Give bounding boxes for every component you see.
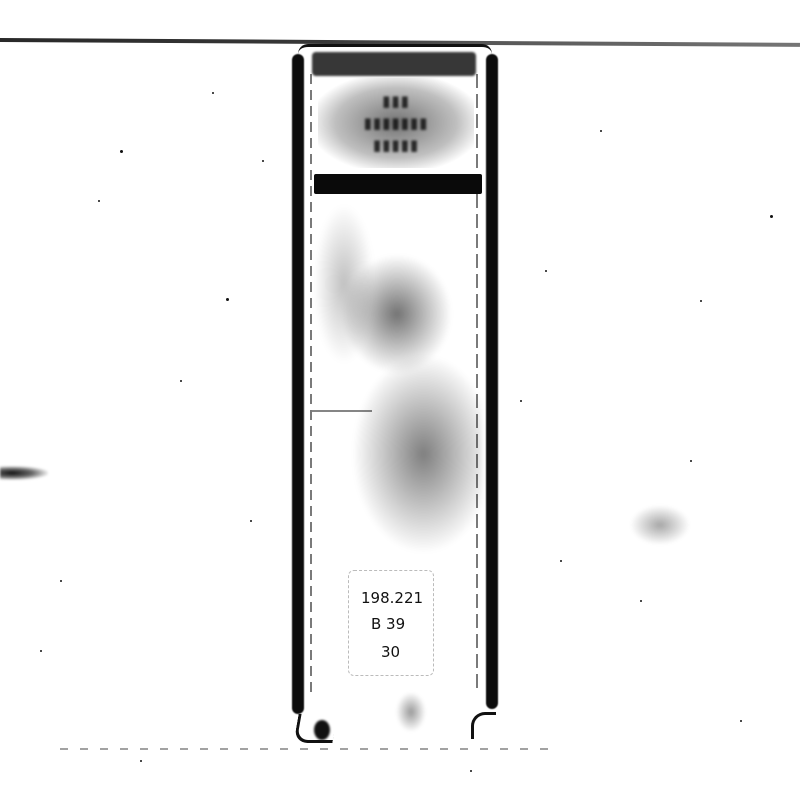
- bottom-edge-line: [60, 748, 560, 750]
- spine-foot-blot: [314, 720, 330, 740]
- speck: [226, 298, 229, 301]
- spine-title-band-top: [312, 52, 476, 76]
- ink-smudge: [0, 466, 48, 480]
- speck: [600, 130, 602, 132]
- speck: [640, 600, 642, 602]
- spine-crease: [312, 410, 372, 412]
- spine-title-illegible: ▮▮▮ ▮▮▮▮▮▮▮ ▮▮▮▮▮: [318, 78, 474, 168]
- spine-left-edge: [292, 54, 304, 714]
- call-number-class: 198.221: [361, 589, 445, 607]
- spine-foot-right-curl: [471, 712, 496, 739]
- spine-title-band-bottom: [314, 174, 482, 194]
- speck: [250, 520, 252, 522]
- book-spine: ▮▮▮ ▮▮▮▮▮▮▮ ▮▮▮▮▮ 198.221 B 39 30: [292, 44, 498, 744]
- title-line-3: ▮▮▮▮▮: [373, 134, 419, 156]
- spine-inner-line-left: [310, 74, 312, 694]
- speck: [98, 200, 100, 202]
- scanned-page: ▮▮▮ ▮▮▮▮▮▮▮ ▮▮▮▮▮ 198.221 B 39 30: [0, 0, 800, 800]
- speck: [212, 92, 214, 94]
- speck: [180, 380, 182, 382]
- speck: [40, 650, 42, 652]
- call-number-label: 198.221 B 39 30: [348, 570, 434, 676]
- call-number-volume: 30: [381, 643, 465, 661]
- speck: [700, 300, 702, 302]
- speck: [690, 460, 692, 462]
- spine-right-edge: [486, 54, 498, 709]
- call-number-cutter: B 39: [371, 615, 455, 633]
- speck: [470, 770, 472, 772]
- speck: [120, 150, 123, 153]
- speck: [770, 215, 773, 218]
- title-line-1: ▮▮▮: [382, 90, 410, 112]
- speck: [520, 400, 522, 402]
- speck: [60, 580, 62, 582]
- speck: [262, 160, 264, 162]
- speck: [740, 720, 742, 722]
- speck: [545, 270, 547, 272]
- speck: [560, 560, 562, 562]
- title-line-2: ▮▮▮▮▮▮▮: [364, 112, 429, 134]
- spine-wear-texture: [352, 354, 482, 554]
- spine-foot-stain: [396, 692, 426, 732]
- ink-smudge: [630, 505, 690, 545]
- speck: [140, 760, 142, 762]
